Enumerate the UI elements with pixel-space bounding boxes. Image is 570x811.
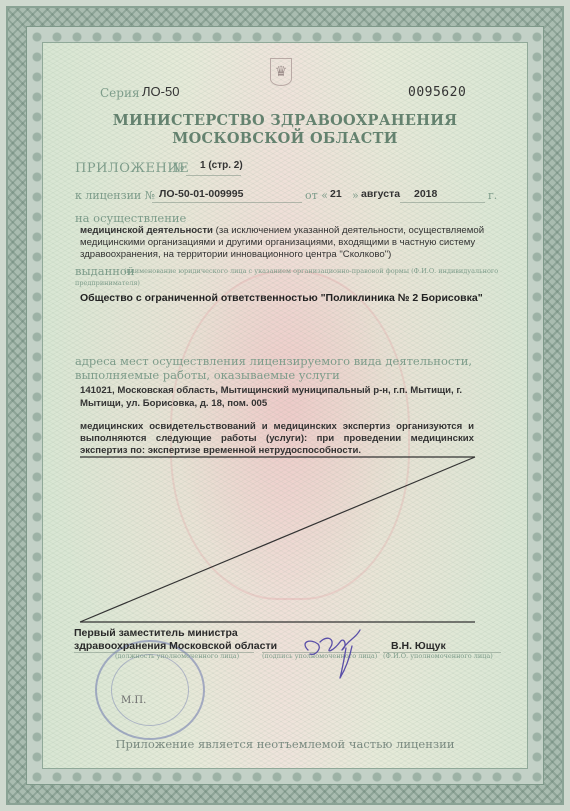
address-value: 141021, Московская область, Мытищинский … bbox=[80, 385, 500, 410]
organization-name: Общество с ограниченной ответственностью… bbox=[80, 292, 483, 304]
signatory-name: В.Н. Ющук bbox=[391, 640, 446, 652]
date-day-close: » bbox=[352, 189, 359, 202]
appendix-underline bbox=[186, 175, 241, 176]
footer-note: Приложение является неотъемлемой частью … bbox=[0, 737, 570, 751]
position-hint: (должность уполномоченного лица) bbox=[115, 652, 239, 660]
ministry-title-line1: МИНИСТЕРСТВО ЗДРАВООХРАНЕНИЯ bbox=[0, 112, 570, 129]
year-underline bbox=[400, 202, 485, 203]
name-hint: (Ф.И.О. уполномоченного лица) bbox=[383, 652, 493, 660]
date-from-label: от « bbox=[305, 189, 328, 202]
appendix-number-value: 1 (стр. 2) bbox=[200, 160, 243, 171]
series-value: ЛО-50 bbox=[142, 84, 179, 99]
stamp-inner-ring bbox=[111, 654, 189, 726]
license-appendix-page: ♛ Серия ЛО-50 0095620 МИНИСТЕРСТВО ЗДРАВ… bbox=[0, 0, 570, 811]
date-day: 21 bbox=[330, 188, 342, 200]
license-label: к лицензии № bbox=[75, 189, 155, 202]
issued-hint-continued: предпринимателя) bbox=[75, 279, 140, 287]
signature-hint: (подпись уполномоченного лица) bbox=[262, 652, 377, 660]
activity-description: медицинской деятельности (за исключением… bbox=[80, 225, 520, 261]
signatory-position: Первый заместитель министра здравоохране… bbox=[74, 627, 277, 653]
license-number: ЛО-50-01-009995 bbox=[159, 188, 243, 200]
appendix-number-sign: № bbox=[172, 161, 184, 176]
activity-name: медицинской деятельности bbox=[80, 225, 213, 236]
year-suffix: г. bbox=[488, 189, 497, 202]
date-year: 2018 bbox=[414, 188, 437, 200]
date-month: августа bbox=[361, 188, 400, 200]
coat-of-arms-icon: ♛ bbox=[270, 58, 292, 86]
purpose-label: на осуществление bbox=[75, 211, 186, 225]
signatory-position-line1: Первый заместитель министра bbox=[74, 627, 277, 640]
form-number: 0095620 bbox=[408, 85, 466, 100]
license-underline bbox=[152, 202, 302, 203]
issued-hint: (наименование юридического лица с указан… bbox=[124, 266, 524, 277]
ministry-title-line2: МОСКОВСКОЙ ОБЛАСТИ bbox=[0, 130, 570, 147]
address-label: адреса мест осуществления лицензируемого… bbox=[75, 354, 515, 382]
series-label: Серия bbox=[100, 86, 140, 100]
stamp-label: М.П. bbox=[121, 695, 146, 706]
services-description: медицинских освидетельствований и медици… bbox=[80, 421, 474, 457]
